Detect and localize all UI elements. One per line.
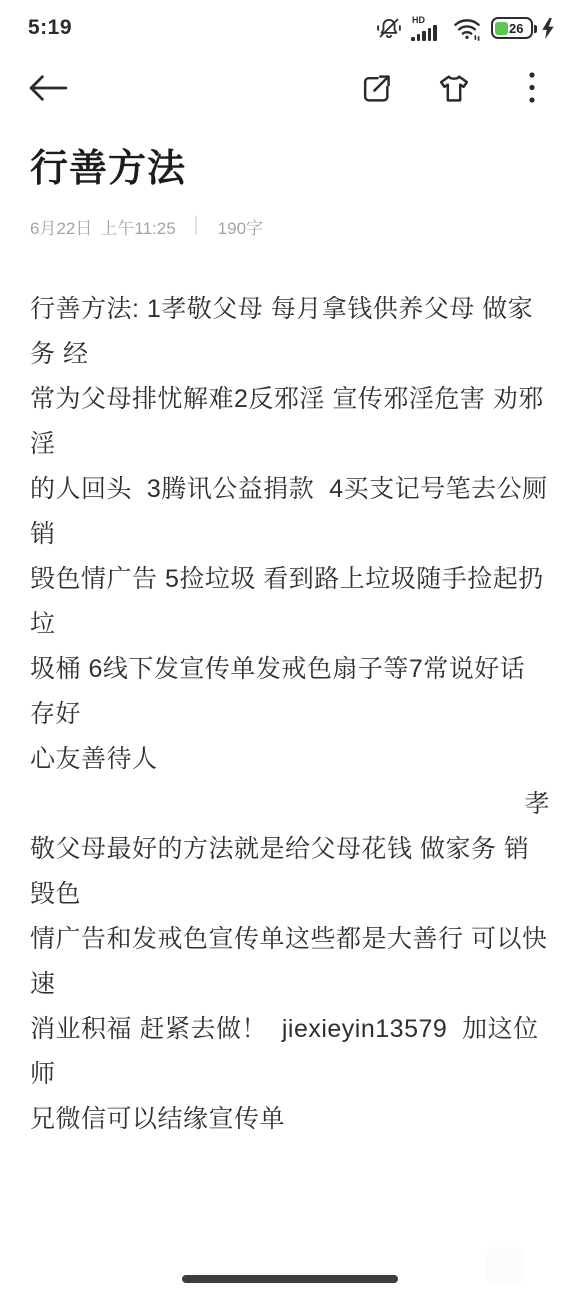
theme-button[interactable] xyxy=(436,70,472,106)
back-button[interactable] xyxy=(30,70,66,106)
more-menu-icon xyxy=(527,71,537,105)
share-export-icon xyxy=(360,72,393,105)
note-date: 6月22日 xyxy=(30,214,92,239)
battery-icon: 26 xyxy=(491,17,533,39)
note-time: 上午11:25 xyxy=(100,214,175,239)
note-text-line: 毁色情广告 5捡垃圾 看到路上垃圾随手捡起扔垃 xyxy=(30,557,550,647)
note-word-count: 190字 xyxy=(218,214,263,239)
status-time: 5:19 xyxy=(28,16,72,40)
cellular-signal-icon: HD xyxy=(411,15,443,42)
charging-bolt-icon xyxy=(542,18,554,39)
note-text-line: 的人回头 3腾讯公益捐款 4买支记号笔去公厕销 xyxy=(30,467,550,557)
notes-app-screen: 5:19 HD xyxy=(0,0,580,1289)
mute-vibrate-icon xyxy=(376,15,402,41)
back-arrow-icon xyxy=(27,73,69,103)
note-text-line: 敬父母最好的方法就是给父母花钱 做家务 销毁色 xyxy=(30,827,550,917)
home-indicator-bar[interactable] xyxy=(182,1275,398,1283)
more-menu-button[interactable] xyxy=(514,70,550,106)
battery-percent: 26 xyxy=(509,22,523,35)
note-text-line: 心友善待人 xyxy=(30,737,550,782)
battery-fill xyxy=(495,22,508,35)
wifi-icon xyxy=(452,15,482,41)
note-content: 行善方法 6月22日 上午11:25 │ 190字 行善方法: 1孝敬父母 每月… xyxy=(0,148,580,1142)
share-button[interactable] xyxy=(358,70,394,106)
note-text-line: 常为父母排忧解难2反邪淫 宣传邪淫危害 劝邪淫 xyxy=(30,377,550,467)
note-text-line: 圾桶 6线下发宣传单发戒色扇子等7常说好话存好 xyxy=(30,647,550,737)
note-text-line: 兄微信可以结缘宣传单 xyxy=(30,1097,550,1142)
hd-label: HD xyxy=(412,15,425,25)
note-text-line: 消业积福 赶紧去做！ jiexieyin13579 加这位师 xyxy=(30,1007,550,1097)
meta-separator: │ xyxy=(192,217,202,235)
status-bar: 5:19 HD xyxy=(0,0,580,44)
note-text-line: 情广告和发戒色宣传单这些都是大善行 可以快速 xyxy=(30,917,550,1007)
tshirt-theme-icon xyxy=(436,72,472,105)
note-title[interactable]: 行善方法 xyxy=(30,148,550,192)
status-icons: HD 26 xyxy=(376,15,554,42)
note-text-line: 孝 xyxy=(30,782,550,827)
note-text-line: 行善方法: 1孝敬父母 每月拿钱供养父母 做家务 经 xyxy=(30,287,550,377)
faint-watermark xyxy=(486,1247,524,1285)
signal-bars xyxy=(411,25,437,41)
note-meta: 6月22日 上午11:25 │ 190字 xyxy=(30,214,550,239)
toolbar xyxy=(0,60,580,116)
battery-nub xyxy=(534,25,537,33)
note-body[interactable]: 行善方法: 1孝敬父母 每月拿钱供养父母 做家务 经常为父母排忧解难2反邪淫 宣… xyxy=(30,287,550,1142)
